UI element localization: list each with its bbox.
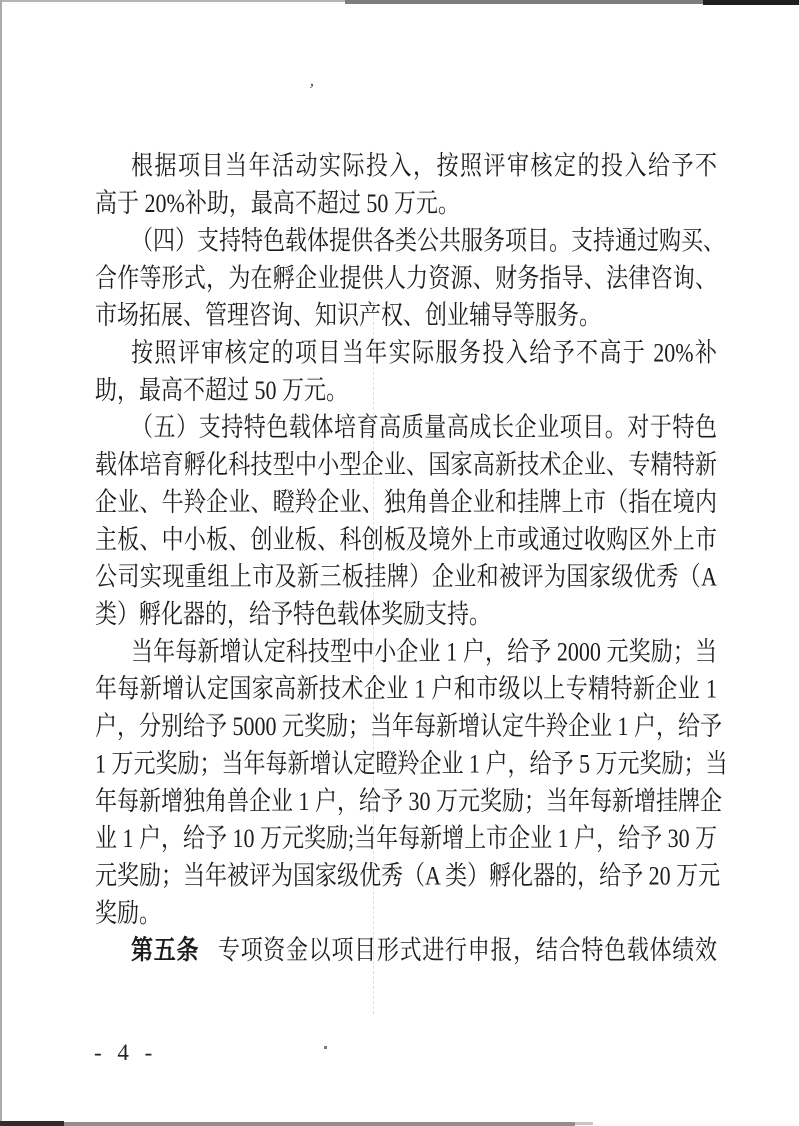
document-line: 合作等形式，为在孵企业提供人力资源、财务指导、法律咨询、 <box>95 259 717 296</box>
document-line: 1 万元奖励；当年每新增认定瞪羚企业 1 户，给予 5 万元奖励；当 <box>95 745 717 782</box>
article-text: 专项资金以项目形式进行申报，结合特色载体绩效 <box>218 935 717 965</box>
scanned-document-page: { "document": { "lines": [ {"text": "根据项… <box>0 0 800 1126</box>
document-line: （五）支持特色载体培育高质量高成长企业项目。对于特色 <box>95 408 717 445</box>
document-line: （四）支持特色载体提供各类公共服务项目。支持通过购买、 <box>95 222 717 259</box>
document-line: 当年每新增认定科技型中小企业 1 户，给予 2000 元奖励；当 <box>95 633 717 670</box>
document-line: 类）孵化器的，给予特色载体奖励支持。 <box>95 595 717 632</box>
scan-speck <box>324 1046 327 1049</box>
page-number: - 4 - <box>94 1040 157 1066</box>
document-line: 高于 20%补助，最高不超过 50 万元。 <box>95 184 717 221</box>
article-number: 第五条 <box>131 935 199 965</box>
document-line: 主板、中小板、创业板、科创板及境外上市或通过收购区外上市 <box>95 521 717 558</box>
scan-bottom-edge-tail <box>575 1122 593 1125</box>
document-line: 年每新增认定国家高新技术企业 1 户和市级以上专精特新企业 1 <box>95 670 717 707</box>
document-line: 奖励。 <box>95 894 717 931</box>
scan-stray-mark: ʼ <box>306 80 316 101</box>
document-line-article-5: 第五条专项资金以项目形式进行申报，结合特色载体绩效 <box>95 931 717 968</box>
scan-top-edge-light <box>0 0 345 2</box>
document-line: 按照评审核定的项目当年实际服务投入给予不高于 20%补 <box>95 334 717 371</box>
scan-left-edge <box>0 0 2 1126</box>
document-line: 根据项目当年活动实际投入，按照评审核定的投入给予不 <box>95 147 717 184</box>
document-line: 元奖励；当年被评为国家级优秀（A 类）孵化器的，给予 20 万元 <box>95 857 717 894</box>
scan-bottom-edge-gray <box>64 1122 575 1126</box>
document-line: 业 1 户，给予 10 万元奖励;当年每新增上市企业 1 户，给予 30 万 <box>95 819 717 856</box>
document-line: 年每新增独角兽企业 1 户，给予 30 万元奖励；当年每新增挂牌企 <box>95 782 717 819</box>
document-line: 公司实现重组上市及新三板挂牌）企业和被评为国家级优秀（A <box>95 558 717 595</box>
document-line: 市场拓展、管理咨询、知识产权、创业辅导等服务。 <box>95 296 717 333</box>
scan-bottom-edge-dark <box>0 1121 64 1126</box>
document-line: 助，最高不超过 50 万元。 <box>95 371 717 408</box>
document-line: 企业、牛羚企业、瞪羚企业、独角兽企业和挂牌上市（指在境内 <box>95 483 717 520</box>
scan-top-edge-gray <box>345 0 703 4</box>
document-line: 载体培育孵化科技型中小型企业、国家高新技术企业、专精特新 <box>95 446 717 483</box>
document-text: 根据项目当年活动实际投入，按照评审核定的投入给予不 高于 20%补助，最高不超过… <box>95 147 717 969</box>
scan-top-edge-dark <box>703 0 800 5</box>
document-line: 户，分别给予 5000 元奖励；当年每新增认定牛羚企业 1 户，给予 <box>95 707 717 744</box>
